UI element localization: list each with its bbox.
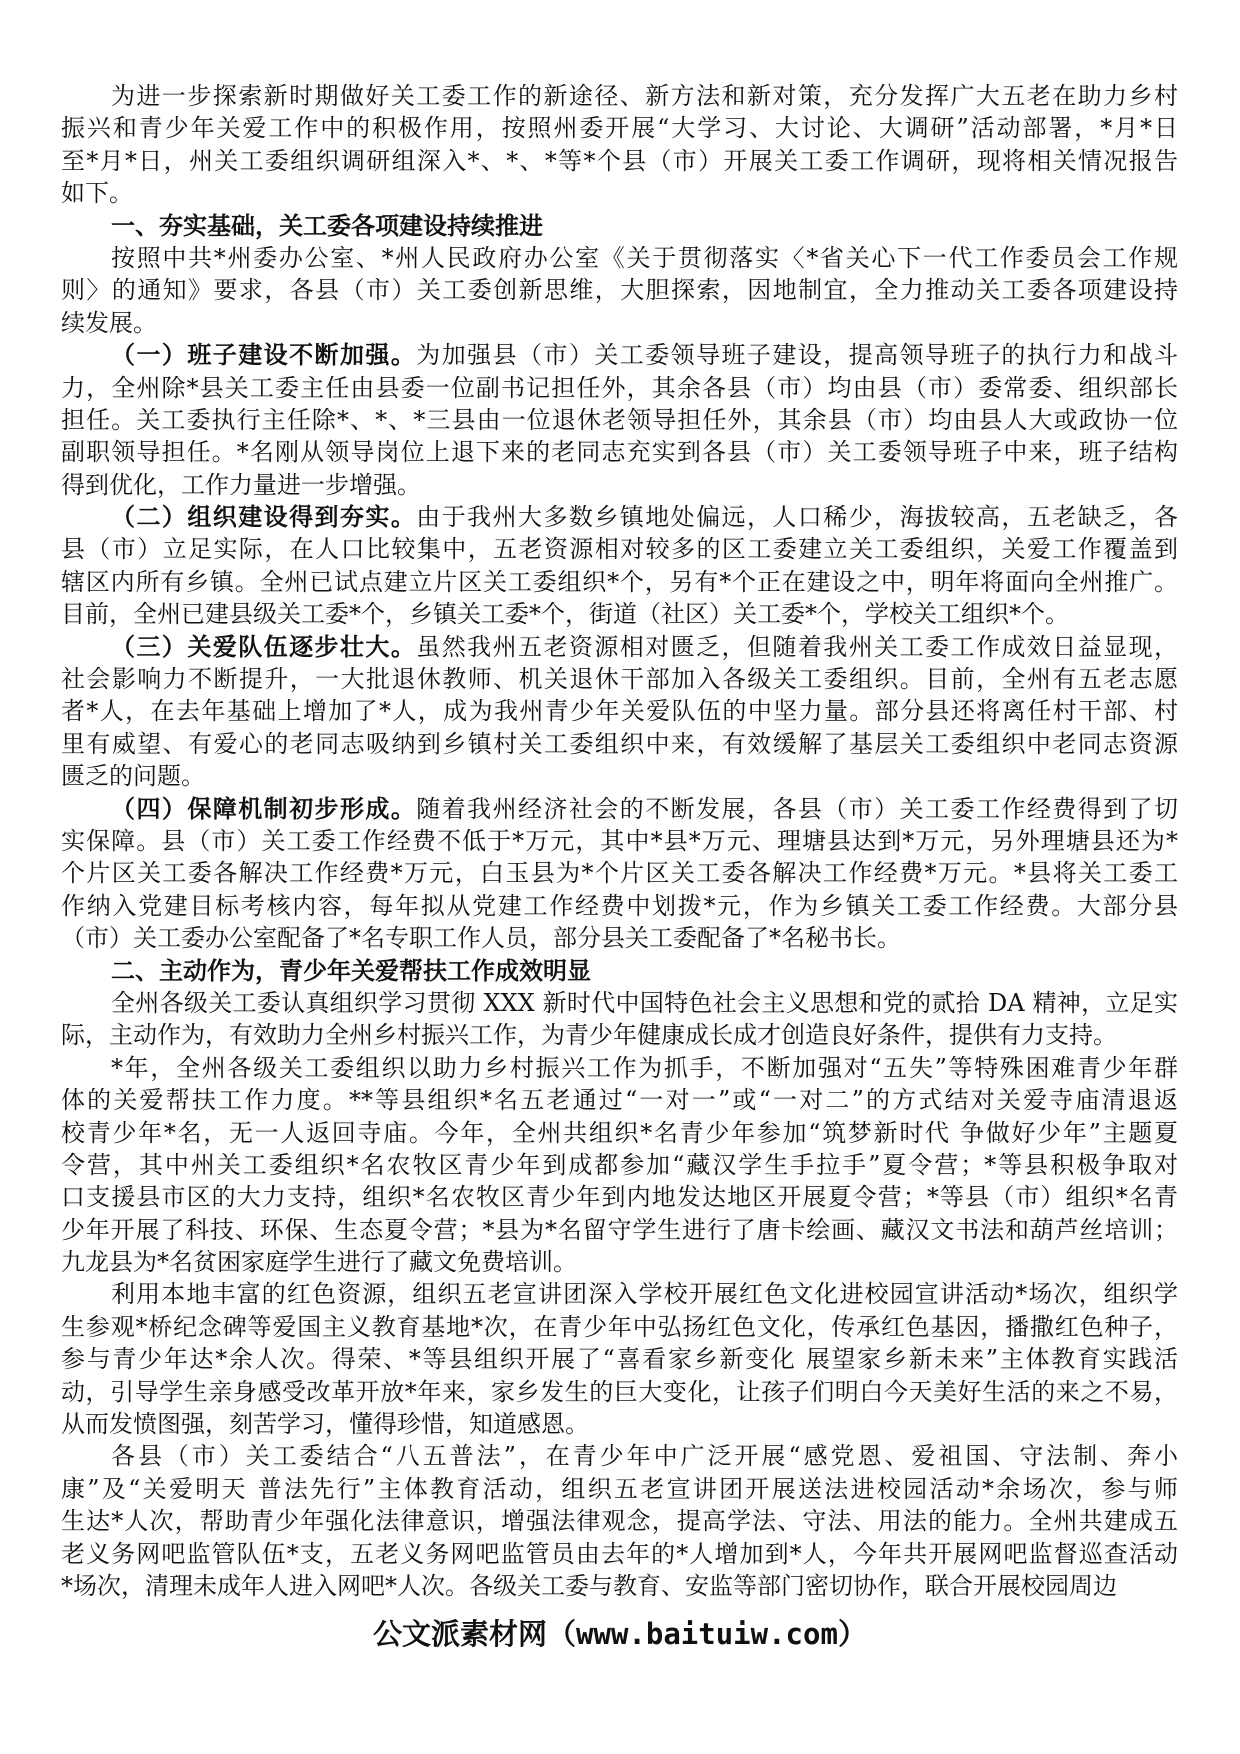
paragraph-line: 县（市）立足实际，在人口比较集中，五老资源相对较多的区工委建立关工委组织，关爱工… [61, 533, 1178, 565]
paragraph-line: *场次，清理未成年人进入网吧*人次。各级关工委与教育、安监等部门密切协作，联合开… [61, 1570, 1178, 1602]
paragraph-line: 社会影响力不断提升，一大批退休教师、机关退休干部加入各级关工委组织。目前，全州有… [61, 663, 1178, 695]
paragraph-line: 实保障。县（市）关工委工作经费不低于*万元，其中*县*万元、理塘县达到*万元，另… [61, 825, 1178, 857]
paragraph-line: 目前，全州已建县级关工委*个，乡镇关工委*个，街道（社区）关工委*个，学校关工组… [61, 598, 1178, 630]
paragraph-lead-title: （三）关爱队伍逐步壮大。 [111, 633, 416, 661]
paragraph-line: 续发展。 [61, 307, 1178, 339]
paragraph-lead-title: （二）组织建设得到夯实。 [111, 503, 416, 531]
paragraph-line: 里有威望、有爱心的老同志吸纳到乡镇村关工委组织中来，有效缓解了基层关工委组织中老… [61, 728, 1178, 760]
paragraph-lead-title: （一）班子建设不断加强。 [111, 341, 416, 369]
paragraph-line: 担任。关工委执行主任除*、*、*三县由一位退休老领导担任外，其余县（市）均由县人… [61, 404, 1178, 436]
paragraph-line: 从而发愤图强，刻苦学习，懂得珍惜，知道感恩。 [61, 1408, 1178, 1440]
paragraph-line: 校青少年*名，无一人返回寺庙。今年，全州共组织*名青少年参加“筑梦新时代 争做好… [61, 1117, 1178, 1149]
paragraph-line: （三）关爱队伍逐步壮大。虽然我州五老资源相对匮乏，但随着我州关工委工作成效日益显… [61, 631, 1178, 663]
paragraph-line: （四）保障机制初步形成。随着我州经济社会的不断发展，各县（市）关工委工作经费得到… [61, 793, 1178, 825]
paragraph-line: 利用本地丰富的红色资源，组织五老宣讲团深入学校开展红色文化进校园宣讲活动*场次，… [61, 1278, 1178, 1310]
paragraph-line: 九龙县为*名贫困家庭学生进行了藏文免费培训。 [61, 1246, 1178, 1278]
paragraph-line: 按照中共*州委办公室、*州人民政府办公室《关于贯彻落实〈*省关心下一代工作委员会… [61, 242, 1178, 274]
paragraph-line: 参与青少年达*余人次。得荣、*等县组织开展了“喜看家乡新变化 展望家乡新未来”主… [61, 1343, 1178, 1375]
paragraph-line: 为进一步探索新时期做好关工委工作的新途径、新方法和新对策，充分发挥广大五老在助力… [61, 80, 1178, 112]
paragraph-line: 个片区关工委各解决工作经费*万元，白玉县为*个片区关工委各解决工作经费*万元。*… [61, 857, 1178, 889]
paragraph-line: 力，全州除*县关工委主任由县委一位副书记担任外，其余各县（市）均由县（市）委常委… [61, 372, 1178, 404]
paragraph-line: 口支援县市区的大力支持，组织*名农牧区青少年到内地发达地区开展夏令营；*等县（市… [61, 1181, 1178, 1213]
paragraph-line: （市）关工委办公室配备了*名专职工作人员，部分县关工委配备了*名秘书长。 [61, 922, 1178, 954]
document-body: 为进一步探索新时期做好关工委工作的新途径、新方法和新对策，充分发挥广大五老在助力… [61, 80, 1178, 1602]
paragraph-line: 生参观*桥纪念碑等爱国主义教育基地*次，在青少年中弘扬红色文化，传承红色基因，播… [61, 1311, 1178, 1343]
section-heading: 一、夯实基础，关工委各项建设持续推进 [61, 210, 1178, 242]
paragraph-line: 振兴和青少年关爱工作中的积极作用，按照州委开展“大学习、大讨论、大调研”活动部署… [61, 112, 1178, 144]
paragraph-text: 虽然我州五老资源相对匮乏，但随着我州关工委工作成效日益显现， [416, 633, 1178, 661]
footer-watermark: 公文派素材网（www.baituiw.com） [0, 1612, 1240, 1653]
paragraph-line: 者*人，在去年基础上增加了*人，成为我州青少年关爱队伍的中坚力量。部分县还将离任… [61, 695, 1178, 727]
paragraph-text: 为加强县（市）关工委领导班子建设，提高领导班子的执行力和战斗 [416, 341, 1178, 369]
paragraph-line: 少年开展了科技、环保、生态夏令营；*县为*名留守学生进行了唐卡绘画、藏汉文书法和… [61, 1214, 1178, 1246]
paragraph-line: 则〉的通知》要求，各县（市）关工委创新思维，大胆探索，因地制宜，全力推动关工委各… [61, 274, 1178, 306]
paragraph-text: 由于我州大多数乡镇地处偏远，人口稀少，海拔较高，五老缺乏，各 [416, 503, 1178, 531]
footer-url: （www.baituiw.com） [547, 1617, 867, 1651]
paragraph-line: （一）班子建设不断加强。为加强县（市）关工委领导班子建设，提高领导班子的执行力和… [61, 339, 1178, 371]
paragraph-line: 康”及“关爱明天 普法先行”主体教育活动，组织五老宣讲团开展送法进校园活动*余场… [61, 1473, 1178, 1505]
paragraph-line: 各县（市）关工委结合“八五普法”，在青少年中广泛开展“感党恩、爱祖国、守法制、奔… [61, 1440, 1178, 1472]
paragraph-line: 际，主动作为，有效助力全州乡村振兴工作，为青少年健康成长成才创造良好条件，提供有… [61, 1019, 1178, 1051]
paragraph-line: （二）组织建设得到夯实。由于我州大多数乡镇地处偏远，人口稀少，海拔较高，五老缺乏… [61, 501, 1178, 533]
paragraph-line: 如下。 [61, 177, 1178, 209]
paragraph-line: 辖区内所有乡镇。全州已试点建立片区关工委组织*个，另有*个正在建设之中，明年将面… [61, 566, 1178, 598]
paragraph-line: 老义务网吧监管队伍*支，五老义务网吧监管员由去年的*人增加到*人，今年共开展网吧… [61, 1538, 1178, 1570]
paragraph-text: 随着我州经济社会的不断发展，各县（市）关工委工作经费得到了切 [416, 795, 1178, 823]
paragraph-line: 得到优化，工作力量进一步增强。 [61, 469, 1178, 501]
section-heading: 二、主动作为，青少年关爱帮扶工作成效明显 [61, 955, 1178, 987]
paragraph-line: 令营，其中州关工委组织*名农牧区青少年到成都参加“藏汉学生手拉手”夏令营；*等县… [61, 1149, 1178, 1181]
footer-site-name: 公文派素材网 [373, 1617, 547, 1651]
paragraph-line: *年，全州各级关工委组织以助力乡村振兴工作为抓手，不断加强对“五失”等特殊困难青… [61, 1052, 1178, 1084]
paragraph-line: 至*月*日，州关工委组织调研组深入*、*、*等*个县（市）开展关工委工作调研，现… [61, 145, 1178, 177]
paragraph-line: 生达*人次，帮助青少年强化法律意识，增强法律观念，提高学法、守法、用法的能力。全… [61, 1505, 1178, 1537]
paragraph-lead-title: （四）保障机制初步形成。 [111, 795, 416, 823]
paragraph-line: 匮乏的问题。 [61, 760, 1178, 792]
paragraph-line: 全州各级关工委认真组织学习贯彻 XXX 新时代中国特色社会主义思想和党的贰拾 D… [61, 987, 1178, 1019]
paragraph-line: 副职领导担任。*名刚从领导岗位上退下来的老同志充实到各县（市）关工委领导班子中来… [61, 436, 1178, 468]
paragraph-line: 作纳入党建目标考核内容，每年拟从党建工作经费中划拨*元，作为乡镇关工委工作经费。… [61, 890, 1178, 922]
paragraph-line: 动，引导学生亲身感受改革开放*年来，家乡发生的巨大变化，让孩子们明白今天美好生活… [61, 1376, 1178, 1408]
paragraph-line: 体的关爱帮扶工作力度。**等县组织*名五老通过“一对一”或“一对二”的方式结对关… [61, 1084, 1178, 1116]
